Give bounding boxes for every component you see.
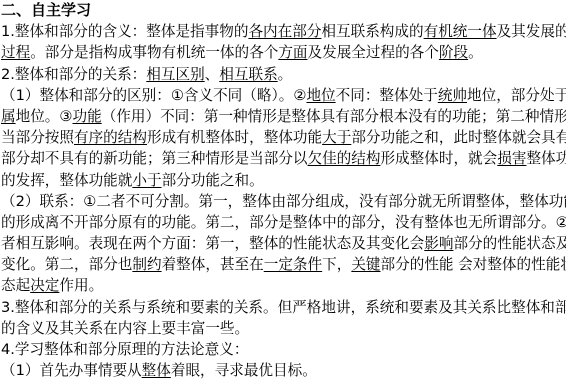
underlined-keyword: 关键 [351,256,380,273]
text-line: 3.整体和部分的关系与系统和要素的关系。但严格地讲，系统和要素及其关系比整体和部… [1,297,566,318]
study-document: 二、自主学习 1.整体和部分的含义：整体是指事物的各内在部分相互联系构成的有机统… [0,0,566,381]
text-segment: 的发挥，整体功能就 [1,172,132,189]
text-segment: 。 [468,44,483,61]
text-line: （2）联系：①二者不可分割。第一，整体由部分组成，没有部分就无所谓整体，整体功能 [1,191,566,212]
text-segment: 整体功能 [526,150,566,167]
text-line: 2.整体和部分的关系：相互区别、相互联系。 [1,64,566,85]
text-segment: 3.整体和部分的关系与系统和要素的关系。但严格地讲，系统和要素及其关系比整体和部… [1,299,566,316]
text-segment: 。 [278,66,293,83]
text-segment: 者相互影响。表现在两个方面：第一，整体的性能状态及其变化会 [1,235,424,252]
text-segment: （2）联系：①二者不可分割。第一，整体由部分组成，没有部分就无所谓整体，整体功能 [1,193,566,210]
text-line: 者相互影响。表现在两个方面：第一，整体的性能状态及其变化会影响部分的性能状态及其 [1,233,566,254]
underlined-keyword: 阶段 [439,44,468,61]
text-line: 变化。第二，部分也制约着整体，甚至在一定条件下，关键部分的性能 会对整体的性能状 [1,254,566,275]
text-segment: 作用。 [59,277,103,294]
underlined-keyword: 过程 [1,44,30,61]
text-line: 当部分按照有序的结构形成有机整体时，整体功能大于部分功能之和，此时整体就会具有而 [1,127,566,148]
text-line: 态起决定作用。 [1,275,566,296]
text-segment: 态起 [1,277,30,294]
underlined-keyword: 相互联系 [219,66,277,83]
text-segment: 部分的性能状态及其 [453,235,566,252]
underlined-keyword: 大于 [322,129,351,146]
text-segment: 地位，部分处于 [467,87,566,104]
underlined-keyword: 方面 [278,44,307,61]
text-segment: 下， [322,256,351,273]
text-line: （1）整体和部分的区别：①含义不同（略）。②地位不同：整体处于统帅地位，部分处于… [1,85,566,106]
text-segment: 、 [205,66,220,83]
text-segment: 不同：整体处于 [336,87,438,104]
text-segment: 的形成离不开部分原有的功能。第二，部分是整体中的部分，没有整体也无所谓部分。②二 [1,214,566,231]
text-line: （1）首先办事情要从整体着眼，寻求最优目标。 [1,360,566,381]
underlined-keyword: 损害 [497,150,526,167]
underlined-keyword: 整体 [142,362,171,379]
text-segment: 着整体，甚至在 [162,256,264,273]
underlined-keyword: 一定条件 [264,256,322,273]
section-title: 二、自主学习 [1,0,566,21]
text-segment: 形成整体时，就会 [380,150,497,167]
text-segment: 部分的性能 会对整体的性能状 [381,256,566,273]
text-line: 的发挥，整体功能就小于部分功能之和。 [1,170,566,191]
underlined-keyword: 有机统一体 [424,23,497,40]
underlined-keyword: 制约 [132,256,161,273]
text-segment: 1.整体和部分的含义：整体是指事物的 [1,23,248,40]
text-segment: 着眼，寻求最优目标。 [171,362,317,379]
text-line: 部分却不具有的新功能；第三种情形是当部分以欠佳的结构形成整体时，就会损害整体功能 [1,148,566,169]
text-segment: 部分功能之和。 [162,172,264,189]
text-line: 4.学习整体和部分原理的方法论意义： [1,339,566,360]
text-line: 的形成离不开部分原有的功能。第二，部分是整体中的部分，没有整体也无所谓部分。②二 [1,212,566,233]
text-segment: 4.学习整体和部分原理的方法论意义： [1,341,248,358]
text-segment: 2.整体和部分的关系： [1,66,146,83]
text-segment: （1）整体和部分的区别：①含义不同（略）。② [1,87,306,104]
underlined-keyword: 属 [1,108,16,125]
text-segment: 形成有机整体时，整体功能 [147,129,322,146]
underlined-keyword: 决定 [30,277,59,294]
text-line: 属地位。③功能（作用）不同：第一种情形是整体具有部分根本没有的功能；第二种情形是 [1,106,566,127]
text-segment: 及发展全过程的各个 [308,44,439,61]
text-segment: 当部分按照 [1,129,74,146]
text-segment: （1）首先办事情要从 [1,362,142,379]
document-body: 1.整体和部分的含义：整体是指事物的各内在部分相互联系构成的有机统一体及其发展的… [1,21,566,381]
text-segment: 及其发展的全 [497,23,566,40]
underlined-keyword: 功能 [72,108,101,125]
text-segment: 部分却不具有的新功能；第三种情形是当部分以 [1,150,307,167]
underlined-keyword: 小于 [132,172,161,189]
text-segment: 相互联系构成的 [321,23,423,40]
text-segment: 。部分是指构成事物有机统一体的各个 [30,44,278,61]
text-line: 1.整体和部分的含义：整体是指事物的各内在部分相互联系构成的有机统一体及其发展的… [1,21,566,42]
text-segment: （作用）不同：第一种情形是整体具有部分根本没有的功能；第二种情形是 [102,108,566,125]
text-segment: 地位。③ [16,108,73,125]
text-segment: 变化。第二，部分也 [1,256,132,273]
underlined-keyword: 影响 [424,235,453,252]
text-segment: 的含义及其关系在内容上要丰富一些。 [1,320,249,337]
text-line: 过程。部分是指构成事物有机统一体的各个方面及发展全过程的各个阶段。 [1,42,566,63]
underlined-keyword: 地位 [306,87,335,104]
underlined-keyword: 各内在部分 [248,23,321,40]
underlined-keyword: 欠佳的结构 [307,150,380,167]
text-segment: 部分功能之和，此时整体就会具有而 [351,129,566,146]
underlined-keyword: 有序的结构 [74,129,147,146]
underlined-keyword: 统帅 [438,87,467,104]
underlined-keyword: 相互区别 [146,66,204,83]
text-line: 的含义及其关系在内容上要丰富一些。 [1,318,566,339]
